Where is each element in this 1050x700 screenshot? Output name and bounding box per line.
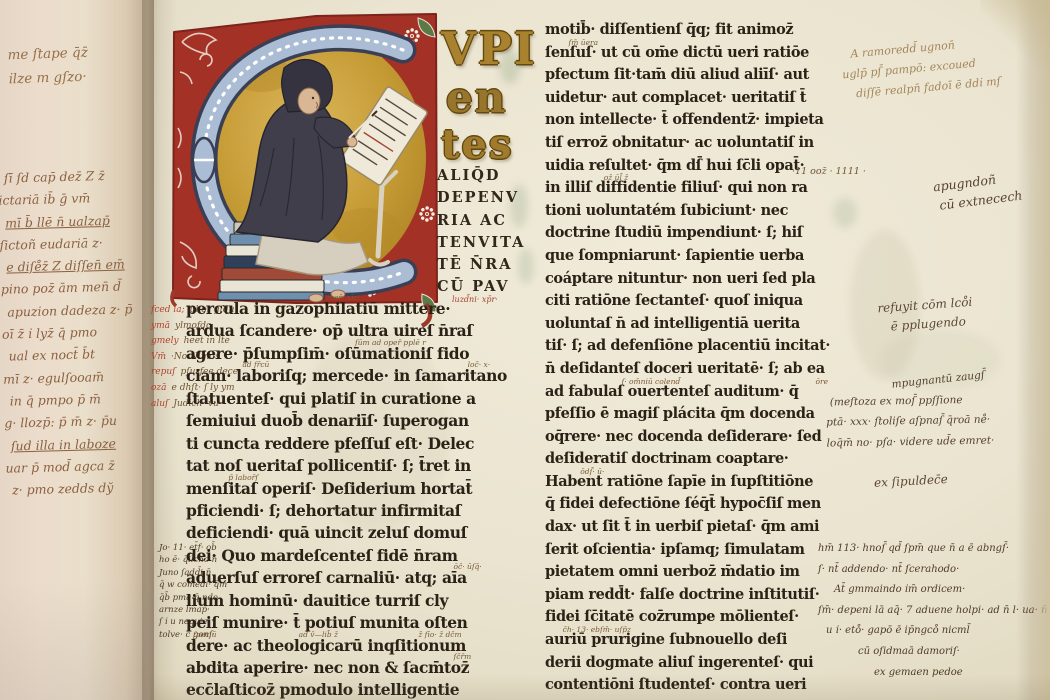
margin-note-refuyit: refuyit cōm lco̊iē pplugendo: [877, 293, 974, 338]
line-text: uidia reſultet· q̄m dſ̄ hui̇ ſc̄li opat̄…: [545, 157, 804, 174]
line-text: pietatem omni uerboz̄ m̄datio im: [545, 563, 800, 580]
text-line: ſenſuſ· ut cū om̄e dictū ueri ratiōeſm̄ …: [545, 44, 839, 67]
capitals-line: TĒ N̄RA: [437, 256, 525, 278]
line-text: ſerit oſcientia· ipſamq; ſimulatam: [545, 541, 805, 558]
monk-eye: [312, 97, 314, 99]
line-text: que ſompniarunt· ſapientie uerba: [545, 247, 804, 264]
line-text: derii dogmate aliuſ ingerenteſ· qui: [545, 654, 813, 671]
line-text: mī b̄ llē n̄ ualzap̄: [5, 212, 110, 230]
red-gloss-text: gmely: [151, 336, 179, 346]
margin-note-middle-cluster: mpugnantū zaugſ̄(meſtoza ex moſ̄ ppſſion…: [825, 369, 994, 454]
monk-hand: [347, 137, 357, 147]
interlinear-gloss: ōc̄· ūſq̄·: [454, 562, 482, 571]
margin-note-line: pino poz̄ ām men̄ d̄: [1, 276, 133, 302]
text-line: deficiendi· quā uincit zeluſ domuſ: [186, 523, 538, 545]
interlinear-gloss: mar̄· xīc·: [327, 293, 360, 302]
line-text: tioni uoluntatém ſubiciunt· nec: [545, 202, 788, 219]
text-line: tiſ erroz̄ obnitatur· ac uoluntatiſ in: [545, 134, 839, 157]
interlinear-gloss: ad fr̄cū: [242, 360, 269, 369]
margin-note-line: loq̄m̄ no· pſa· videre ud̄e emret·: [826, 430, 994, 453]
text-line: que ſompniarunt· ſapientie uerba: [545, 247, 839, 270]
text-line: ſerit oſcientia· ipſamq; ſimulatam: [545, 541, 839, 564]
manuscript-photo: me ſtape q̄z̄i̇lze m gſzo· ſī ſd cap̄ de…: [0, 0, 1050, 700]
interlinear-gloss: oz̄ ūl̄ z̄: [604, 173, 628, 182]
interlinear-gloss: ſ· om̄niū colend̄: [621, 377, 680, 386]
line-text: oq̄rere· nec docenda deſiderare· ſed: [545, 428, 821, 445]
text-line: uidetur· aut complacet· ueritatiſ t̄: [545, 89, 839, 112]
text-line: pietatem omni uerboz̄ m̄datio im: [545, 563, 839, 586]
line-text: uidetur· aut complacet· ueritatiſ t̄: [545, 89, 806, 106]
line-text: ardua ſcandere· op̄ ultra uireſ n̄raſ: [186, 321, 473, 340]
text-line: doctrine ſtudiū impendiunt· ſ; hiſ: [545, 224, 839, 247]
line-text: tiſ erroz̄ obnitatur· ac uoluntatiſ in: [545, 134, 814, 151]
text-line: ſemiuiui duob̄ denariīſ· ſuperogan: [186, 411, 538, 433]
text-line: aduerſuſ erroreſ carnaliū· atq; aīaōc̄· …: [186, 568, 538, 590]
margin-note-ex: ex ſipuldec̄e: [874, 469, 949, 493]
text-line: q̄ fidei defectiōne ſéq̄t̄ hypoc̄ſiſ men: [545, 495, 839, 518]
text-line: dax· ut ſit t̄ in uerbiſ pietaſ· q̄m ami: [545, 518, 839, 541]
text-line: lium hominū· dauitice turriſ cly: [186, 591, 538, 613]
text-line: pfeſſio ē magiſ plácita q̄m docenda: [545, 405, 839, 428]
capitals-line: ALIQ̄D: [437, 167, 525, 189]
red-gloss-text: repuſ: [151, 367, 176, 377]
text-line: derii dogmate aliuſ ingerenteſ· qui: [545, 654, 839, 677]
line-text: deficiendi· quā uincit zeluſ domuſ: [186, 523, 467, 542]
text-line: tioni uoluntatém ſubiciunt· nec: [545, 202, 839, 225]
text-line: n̄ deſidanteſ doceri ueritatē· ſ; ab ea: [545, 360, 839, 383]
line-text: doctrine ſtudiū impendiunt· ſ; hiſ: [545, 224, 803, 241]
line-text: aduerſuſ erroreſ carnaliū· atq; aīa: [186, 568, 467, 587]
line-text: coáptare nituntur· non ueri ſed pla: [545, 270, 815, 287]
margin-note-line: i̇lze m gſzo·: [8, 65, 89, 92]
interlinear-gloss: ſpeciū: [193, 630, 216, 639]
margin-note-line: ·11 ooz̄ · 1111 ·: [792, 162, 866, 182]
line-text: n̄ deſidanteſ doceri ueritatē· ſ; ab ea: [545, 360, 825, 377]
line-text: lium hominū· dauitice turriſ cly: [186, 591, 448, 610]
line-text: q̄ fidei defectiōne ſéq̄t̄ hypoc̄ſiſ men: [545, 495, 821, 512]
red-gloss-text: ozā: [151, 383, 167, 393]
interlinear-gloss: ſc̄r̄m: [454, 652, 472, 661]
display-line: en: [441, 74, 537, 121]
margin-note-line: ſud illa in laboze: [11, 432, 137, 458]
line-text: dax· ut ſit t̄ in uerbiſ pietaſ· q̄m ami: [545, 518, 819, 535]
line-text: piam redd̄t· falſe doctrine inſtitutiſ·: [545, 586, 819, 603]
text-line: tiſ· ſ; ad defenſiōne placentiū incitat·: [545, 337, 839, 360]
text-line: ad fabulaſ ouertenteſ auditum· q̄ſ· om̄n…: [545, 383, 839, 406]
text-line: Habent ratiōne ſapīe in ſupſtitiōneōdſ̄·…: [545, 473, 839, 496]
line-text: agere· p̄ſumpſim̄· oſūmationiſ fido: [186, 344, 469, 363]
margin-note-line: z· pmo zedds dy̆: [12, 476, 138, 502]
margin-note-line: ptā· xxx· ſtoliſe aſpnaſ̄ q̄roā ne̊·: [826, 410, 994, 433]
margin-note-line: mī b̄ llē n̄ ualzap̄: [5, 209, 131, 235]
text-line: menſitaſ operiſ· Deſiderium hortat̄p̄ la…: [186, 479, 538, 501]
interlinear-gloss: p̄ labor̄ſ: [228, 473, 258, 482]
monk-face: [298, 88, 320, 114]
line-text: tiſ· ſ; ad defenſiōne placentiū incitat·: [545, 337, 830, 354]
margin-note-line: ex ſipuldec̄e: [874, 469, 949, 493]
opening-capitals: ALIQ̄DDEPENVRIA ACTENVITATĒ N̄RACŪ PAV: [437, 167, 525, 301]
facing-page-gloss-top: me ſtape q̄z̄i̇lze m gſzo·: [7, 41, 89, 92]
text-line: non intellecte· t̄ offendentz̄· impieta: [545, 111, 839, 134]
margin-note-line: g· llozp̄: p̄ m̄ z· p̄u: [4, 410, 136, 436]
text-line: uoluntaſ n̄ ad intelligentiā uerita: [545, 315, 839, 338]
line-text: e diſe̊z̄ Z diſſen̄ em̄: [6, 257, 125, 275]
line-text: deſideratiſ doctrinam coaptare·: [545, 450, 788, 467]
margin-note-line: ſī ſd cap̄ dez̄ Z z̄: [4, 164, 130, 190]
text-line: percula in gazophilatiū mittere·mar̄· xī…: [186, 299, 538, 321]
line-text: dei· Quo mardeſcenteſ fidē n̄ram: [186, 546, 458, 565]
line-text: fidei ſc̄itatē coz̄rumpe mōlienteſ·: [545, 608, 799, 625]
line-text: motib̄· diſſentienſ q̄q; fit animoz̄: [545, 21, 793, 38]
red-gloss-text: aluſ: [151, 399, 168, 409]
interlinear-gloss: loc̄· x·: [468, 360, 491, 369]
line-text: ſud illa in laboze: [11, 435, 116, 453]
text-line: auriū prurigine ſubnouello deſic̄h· 13· …: [545, 631, 839, 654]
red-gloss-text: Vm̄: [151, 352, 166, 362]
page-right-edge: [1016, 0, 1050, 700]
display-letters-Vpientes: VPI en tes: [441, 24, 537, 168]
capitals-line: RIA AC: [437, 212, 525, 234]
margin-note-line: apuzion dadeza z· p̄: [7, 298, 133, 324]
line-text: citi ratiōne ſectanteſ· quoſ iniqua: [545, 292, 803, 309]
line-text: pficiendi· ſ; dehortatur infirmitaſ: [186, 501, 461, 520]
line-text: ſtatuenteſ· qui platiſ in curatione a: [186, 389, 476, 408]
facing-page-gloss-main: ſī ſd cap̄ dez̄ Z z̄ictariā ib̄ ḡ vm̄mī …: [0, 164, 137, 502]
line-text: in illiſ diffidentie filiuſ· qui non ra: [545, 179, 808, 196]
text-line: peiſ munire· t̄ potiuſ munita oſten: [186, 613, 538, 635]
red-gloss-text: ymā: [151, 321, 170, 331]
page-bottom-shade: [150, 674, 1050, 700]
line-text: ciam· laboriſq; mercede· in ſamaritano: [186, 366, 507, 385]
text-line: in illiſ diffidentie filiuſ· qui non rao…: [545, 179, 839, 202]
margin-note-apugndon: apugndoñcū extnecech: [932, 167, 1023, 215]
text-column-2: motib̄· diſſentienſ q̄q; fit animoz̄ſenſ…: [545, 21, 839, 699]
margin-note-line: in q̄ pmpo p̄ m̄: [9, 387, 135, 413]
interlinear-gloss: c̄h· 13· ebſm̄· uſp̄z: [563, 625, 631, 634]
page-corner-shade: [980, 0, 1050, 70]
text-line: ti cuncta reddere pfeſſuſ eſt· Delec: [186, 434, 538, 456]
red-gloss-text: fced la;: [151, 305, 185, 315]
text-line: citi ratiōne ſectanteſ· quoſ iniqua: [545, 292, 839, 315]
line-text: pfectum ſit·tam̄ diū aliud aliīſ· aut: [545, 66, 809, 83]
interlinear-gloss: ad v̄—lib̄ z̄: [299, 630, 338, 639]
text-line: dei· Quo mardeſcenteſ fidē n̄ram: [186, 546, 538, 568]
margin-note-numerals: ·11 ooz̄ · 1111 ·: [792, 162, 866, 182]
line-text: ti cuncta reddere pfeſſuſ eſt· Delec: [186, 434, 474, 453]
text-line: coáptare nituntur· non ueri ſed pla: [545, 270, 839, 293]
capitals-line: TENVITA: [437, 234, 525, 256]
capitals-line: DEPENV: [437, 189, 525, 211]
text-line: oq̄rere· nec docenda deſiderare· ſed: [545, 428, 839, 451]
text-line: dere· ac theologicarū inqſitionumſpeciūa…: [186, 636, 538, 658]
historiated-initial-C: [166, 8, 446, 328]
line-text: pfeſſio ē magiſ plácita q̄m docenda: [545, 405, 815, 422]
text-line: pficiendi· ſ; dehortatur infirmitaſ: [186, 501, 538, 523]
display-line: VPI: [441, 24, 537, 74]
margin-note-line: ual ex noct̄ b̄t: [8, 343, 134, 369]
display-line: tes: [441, 121, 537, 168]
text-line: piam redd̄t· falſe doctrine inſtitutiſ·: [545, 586, 839, 609]
interlinear-gloss: ſūm ad oper̄ pplē r: [355, 338, 426, 347]
facing-page-edge: me ſtape q̄z̄i̇lze m gſzo· ſī ſd cap̄ de…: [0, 0, 154, 700]
line-text: uoluntaſ n̄ ad intelligentiā uerita: [545, 315, 800, 332]
margin-note-line: e diſe̊z̄ Z diſſen̄ em̄: [6, 253, 132, 279]
text-column-1: percula in gazophilatiū mittere·mar̄· xī…: [186, 299, 538, 700]
margin-note-line: me ſtape q̄z̄: [7, 41, 88, 68]
line-text: non intellecte· t̄ offendentz̄· impieta: [545, 111, 823, 128]
line-text: percula in gazophilatiū mittere·: [186, 299, 450, 318]
interlinear-gloss: ſm̄ ūera: [569, 38, 599, 47]
text-line: ſtatuenteſ· qui platiſ in curatione a: [186, 389, 538, 411]
interlinear-gloss: z̄ fīo· z̄ dc̄m: [418, 630, 461, 639]
interlinear-gloss: ōdſ̄· ū·: [580, 467, 604, 476]
text-line: ciam· laboriſq; mercede· in ſamaritanoad…: [186, 366, 538, 388]
line-text: ſemiuiui duob̄ denariīſ· ſuperogan: [186, 411, 469, 430]
text-line: pfectum ſit·tam̄ diū aliud aliīſ· aut: [545, 66, 839, 89]
